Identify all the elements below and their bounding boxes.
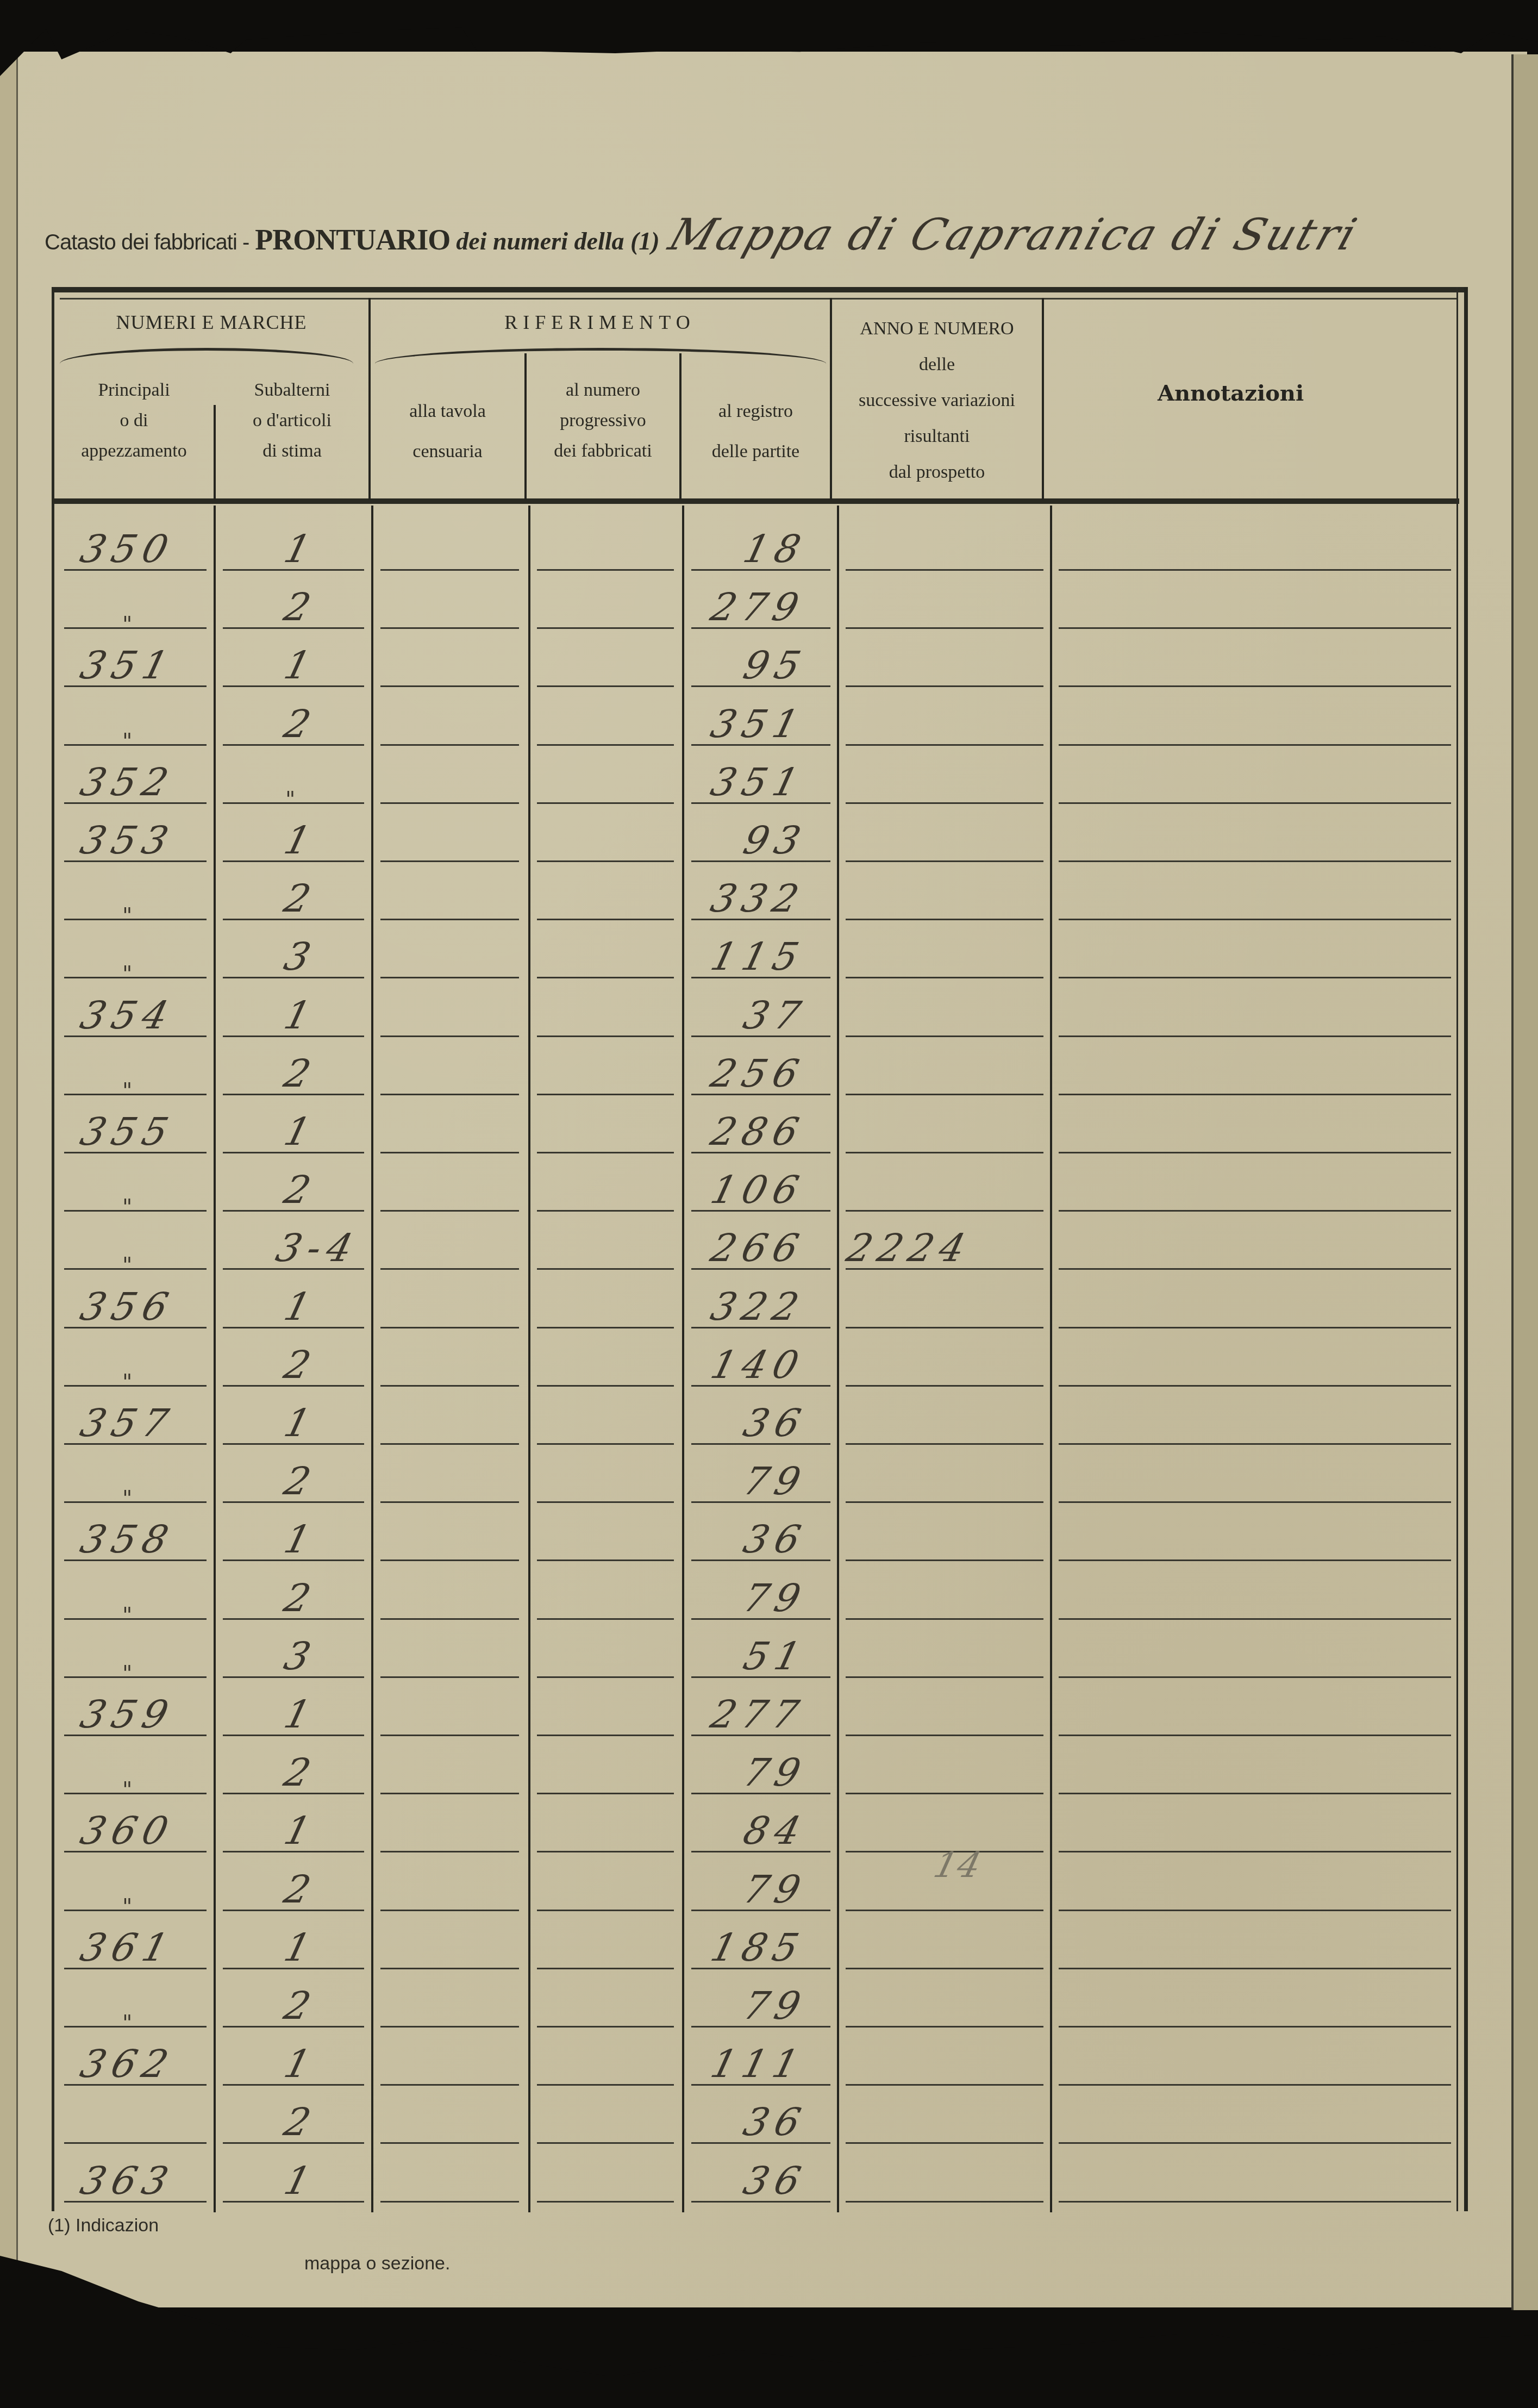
cell-registro: 79 (739, 1983, 812, 2028)
cell-principale: " (122, 612, 132, 637)
footnote-line-1: (1) Indicazion (48, 2215, 159, 2236)
row-rule (846, 802, 1043, 804)
row-rule (537, 919, 674, 920)
row-rule (380, 977, 519, 978)
row-rule (1059, 569, 1451, 571)
header-numero-progressivo: al numero progressivo dei fabbricati (527, 375, 679, 466)
row-rule (537, 1385, 674, 1387)
cell-subalterno: 3-4 (272, 1226, 364, 1270)
row-rule (846, 860, 1043, 862)
row-rule (64, 1094, 207, 1095)
header-registro-partite: al registro delle partite (682, 391, 830, 472)
row-rule (380, 1676, 519, 1678)
title-handwritten: Mappa di Capranica di Sutri (662, 209, 1364, 260)
row-rule (846, 1327, 1043, 1328)
row-rule (380, 2201, 519, 2203)
group-title-numeri-e-marche: NUMERI E MARCHE (54, 311, 368, 334)
row-rule (537, 2026, 674, 2028)
cell-registro: 256 (707, 1051, 810, 1096)
cell-registro: 36 (739, 2100, 812, 2144)
row-rule (380, 2142, 519, 2144)
row-rule (537, 1035, 674, 1037)
row-rule (846, 627, 1043, 629)
row-rule (846, 1968, 1043, 1969)
row-rule (380, 1094, 519, 1095)
row-rule (1059, 2026, 1451, 2028)
cell-principale: 353 (76, 818, 179, 863)
row-rule (846, 1152, 1043, 1153)
row-rule (537, 1559, 674, 1561)
row-rule (846, 685, 1043, 687)
row-rule (1059, 1559, 1451, 1561)
header-divider (1042, 298, 1044, 500)
cell-principale: 351 (76, 643, 179, 688)
row-rule (1059, 1094, 1451, 1095)
body-divider (528, 506, 530, 2212)
cell-principale: 350 (76, 527, 179, 571)
row-rule (537, 744, 674, 746)
body-divider (371, 506, 373, 2212)
table-right-thick-rule (1464, 287, 1468, 2211)
cell-principale: 360 (76, 1808, 179, 1853)
cell-principale: " (122, 1195, 132, 1220)
row-rule (380, 860, 519, 862)
row-rule (64, 2026, 207, 2028)
row-rule (380, 1210, 519, 1212)
row-rule (380, 1793, 519, 1794)
row-rule (380, 1618, 519, 1620)
row-rule (380, 1910, 519, 1911)
row-rule (846, 1094, 1043, 1095)
cell-principale: " (122, 1486, 132, 1511)
row-rule (537, 1152, 674, 1153)
row-rule (846, 1385, 1043, 1387)
row-rule (846, 1501, 1043, 1503)
row-rule (846, 2201, 1043, 2203)
cell-principale: 359 (76, 1692, 179, 1737)
row-rule (846, 1559, 1043, 1561)
row-rule (537, 1793, 674, 1794)
row-rule (64, 919, 207, 920)
row-rule (64, 977, 207, 978)
group-title-riferimento: RIFERIMENTO (370, 311, 830, 334)
row-rule (537, 1094, 674, 1095)
cell-registro: 51 (739, 1634, 812, 1679)
row-rule (537, 1268, 674, 1270)
cell-principale: 355 (76, 1109, 179, 1154)
row-rule (1059, 1035, 1451, 1037)
cell-principale: " (122, 962, 132, 987)
cell-principale: " (122, 1253, 132, 1278)
cell-registro: 84 (739, 1808, 812, 1853)
row-rule (380, 919, 519, 920)
row-rule (64, 1676, 207, 1678)
cell-registro: 36 (739, 2159, 812, 2203)
row-rule (1059, 1968, 1451, 1969)
row-rule (380, 802, 519, 804)
row-rule (380, 1035, 519, 1037)
row-rule (1059, 1910, 1451, 1911)
row-rule (1059, 1268, 1451, 1270)
row-rule (846, 2084, 1043, 2086)
cell-registro: 322 (707, 1284, 810, 1329)
header-tavola-censuaria: alla tavola censuaria (371, 391, 524, 472)
cell-principale: " (122, 1777, 132, 1802)
row-rule (846, 569, 1043, 571)
row-rule (537, 1910, 674, 1911)
row-rule (380, 2026, 519, 2028)
row-rule (1059, 1501, 1451, 1503)
row-rule (537, 2084, 674, 2086)
cell-registro: 79 (739, 1867, 812, 1912)
row-rule (1059, 2084, 1451, 2086)
row-rule (1059, 1618, 1451, 1620)
row-rule (537, 1327, 674, 1328)
row-rule (1059, 919, 1451, 920)
cell-registro: 79 (739, 1750, 812, 1795)
row-rule (380, 685, 519, 687)
body-divider (1050, 506, 1052, 2212)
row-rule (1059, 627, 1451, 629)
row-rule (1059, 1210, 1451, 1212)
header-bottom-rule (52, 498, 1459, 504)
row-rule (537, 1851, 674, 1852)
cell-principale: 358 (76, 1517, 179, 1562)
row-rule (1059, 2201, 1451, 2203)
row-rule (846, 1793, 1043, 1794)
row-rule (380, 1327, 519, 1328)
cell-principale: " (122, 903, 132, 928)
cell-registro: 111 (707, 2042, 810, 2086)
row-rule (64, 1618, 207, 1620)
cell-principale: 361 (76, 1925, 179, 1970)
row-rule (380, 1735, 519, 1736)
row-rule (380, 1385, 519, 1387)
cell-registro: 185 (707, 1925, 810, 1970)
body-divider (214, 506, 216, 2212)
cell-registro: 140 (707, 1343, 810, 1387)
row-rule (537, 1501, 674, 1503)
row-rule (846, 1676, 1043, 1678)
row-rule (1059, 2142, 1451, 2144)
right-page-edge (1511, 54, 1538, 2310)
table-top-thin-rule (60, 298, 1456, 300)
cell-principale: 356 (76, 1284, 179, 1329)
row-rule (537, 2201, 674, 2203)
row-rule (64, 2142, 207, 2144)
row-rule (846, 1618, 1043, 1620)
row-rule (846, 2142, 1043, 2144)
cell-registro: 95 (739, 643, 812, 688)
row-rule (846, 1910, 1043, 1911)
cell-principale: " (122, 1603, 132, 1628)
row-rule (64, 627, 207, 629)
header-subalterni: Subalterni o d'articoli di stima (216, 375, 368, 466)
row-rule (1059, 1327, 1451, 1328)
cell-variazioni: 2224 (842, 1226, 977, 1270)
footnote-line-2: mappa o sezione. (304, 2253, 450, 2274)
row-rule (537, 802, 674, 804)
cell-registro: 351 (707, 760, 810, 804)
row-rule (64, 1268, 207, 1270)
row-rule (1059, 1676, 1451, 1678)
row-rule (380, 569, 519, 571)
row-rule (846, 919, 1043, 920)
row-rule (1059, 860, 1451, 862)
row-rule (846, 1735, 1043, 1736)
row-rule (380, 1851, 519, 1852)
cell-registro: 106 (707, 1168, 810, 1212)
row-rule (64, 1793, 207, 1794)
row-rule (64, 1501, 207, 1503)
row-rule (380, 744, 519, 746)
row-rule (537, 1968, 674, 1969)
cell-principale: " (122, 1894, 132, 1919)
left-binding-edge (0, 54, 18, 2283)
row-rule (846, 977, 1043, 978)
cell-registro: 351 (707, 702, 810, 746)
cell-registro: 18 (739, 527, 812, 571)
row-rule (846, 1210, 1043, 1212)
cell-subalterno: " (285, 787, 295, 812)
cell-registro: 286 (707, 1109, 810, 1154)
cell-registro: 266 (707, 1226, 810, 1270)
row-rule (1059, 1385, 1451, 1387)
row-rule (537, 685, 674, 687)
cell-principale: 352 (76, 760, 179, 804)
row-rule (537, 569, 674, 571)
header-anno-numero: ANNO E NUMERO delle successive variazion… (832, 311, 1042, 490)
row-rule (537, 1443, 674, 1445)
cell-registro: 93 (739, 818, 812, 863)
row-rule (64, 1385, 207, 1387)
row-rule (1059, 685, 1451, 687)
row-rule (537, 1618, 674, 1620)
row-rule (846, 744, 1043, 746)
title-prefix: Catasto dei fabbricati - (45, 230, 249, 254)
row-rule (380, 1559, 519, 1561)
row-rule (380, 1443, 519, 1445)
cell-principale: " (122, 1078, 132, 1103)
row-rule (846, 2026, 1043, 2028)
row-rule (537, 1676, 674, 1678)
row-rule (64, 1210, 207, 1212)
row-rule (537, 860, 674, 862)
cell-registro: 36 (739, 1517, 812, 1562)
row-rule (1059, 744, 1451, 746)
title-main: PRONTUARIO (255, 223, 450, 256)
row-rule (537, 1735, 674, 1736)
header-principali: Principali o di appezzamento (54, 375, 214, 466)
cell-registro: 37 (739, 993, 812, 1038)
cell-principale: 363 (76, 2159, 179, 2203)
header-annotazioni: Annotazioni (1158, 380, 1304, 406)
row-rule (380, 627, 519, 629)
cell-principale: " (122, 1370, 132, 1395)
cell-principale: 354 (76, 993, 179, 1038)
row-rule (64, 744, 207, 746)
row-rule (380, 1968, 519, 1969)
row-rule (1059, 1152, 1451, 1153)
row-rule (1059, 977, 1451, 978)
row-rule (537, 977, 674, 978)
cell-principale: " (122, 2011, 132, 2036)
cell-registro: 277 (707, 1692, 810, 1737)
body-divider (682, 506, 684, 2212)
row-rule (1059, 1443, 1451, 1445)
title-rest: dei numeri della (1) (456, 227, 659, 255)
cell-registro: 332 (707, 876, 810, 921)
cell-principale: " (122, 729, 132, 754)
cell-registro: 115 (707, 934, 810, 979)
row-rule (1059, 802, 1451, 804)
document-title: Catasto dei fabbricati - PRONTUARIO dei … (45, 209, 1356, 260)
cell-registro: 79 (739, 1576, 812, 1620)
cell-registro: 279 (707, 585, 810, 629)
row-rule (537, 2142, 674, 2144)
cell-principale: 362 (76, 2042, 179, 2086)
row-rule (537, 627, 674, 629)
row-rule (380, 1501, 519, 1503)
row-rule (1059, 1735, 1451, 1736)
table-right-thin-rule (1456, 287, 1458, 2211)
row-rule (1059, 1851, 1451, 1852)
table-top-rule (52, 287, 1465, 292)
row-rule (537, 1210, 674, 1212)
cell-registro: 79 (739, 1459, 812, 1504)
row-rule (846, 1035, 1043, 1037)
row-rule (380, 1152, 519, 1153)
row-rule (64, 1910, 207, 1911)
cell-principale: " (122, 1661, 132, 1686)
row-rule (846, 1443, 1043, 1445)
row-rule (380, 1268, 519, 1270)
row-rule (380, 2084, 519, 2086)
row-rule (1059, 1793, 1451, 1794)
body-divider (837, 506, 839, 2212)
cell-principale: 357 (76, 1401, 179, 1445)
cell-registro: 36 (739, 1401, 812, 1445)
